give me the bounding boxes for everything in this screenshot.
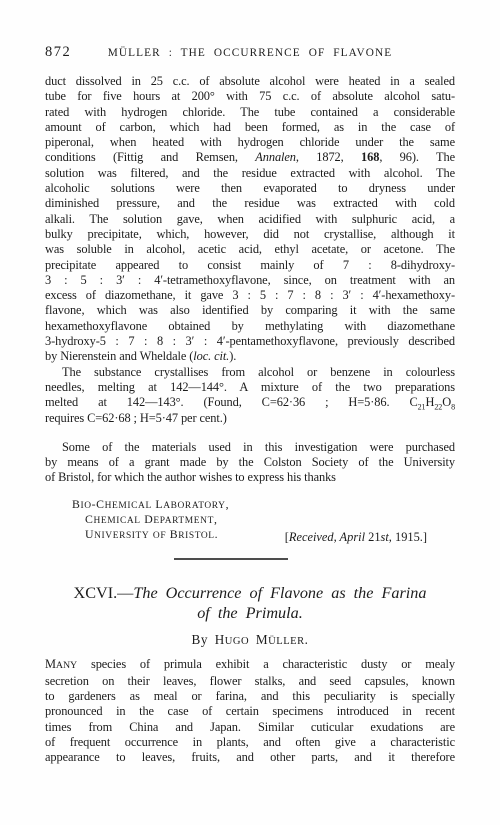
text-line: diminished pressure, and the residue was… bbox=[45, 196, 455, 211]
text-line: times from China and Japan. Similar cuti… bbox=[45, 720, 455, 735]
text-line: duct dissolved in 25 c.c. of absolute al… bbox=[45, 74, 455, 89]
received-note: [Received, April 21st, 1915.] bbox=[285, 531, 427, 544]
text-line: hexamethoxyflavone obtained by methylati… bbox=[45, 319, 455, 334]
text-line: pronounced in the case of certain specim… bbox=[45, 704, 455, 719]
signature-block: BIO-CHEMICAL LABORATORY, CHEMICAL DEPART… bbox=[45, 498, 455, 544]
running-title: MÜLLER : THE OCCURRENCE OF FLAVONE bbox=[45, 47, 455, 59]
text-line: by means of a grant made by the Colston … bbox=[45, 455, 455, 470]
paragraph-lines: MANY species of primula exhibit a charac… bbox=[45, 657, 455, 765]
paragraph-acknowledgement: Some of the materials used in this inves… bbox=[45, 440, 455, 486]
text-line: rated with hydrogen chloride. The tube c… bbox=[45, 105, 455, 120]
paragraph-lines: The substance crystallises from alcohol … bbox=[45, 365, 455, 411]
text-line: MANY species of primula exhibit a charac… bbox=[45, 657, 455, 673]
byline: By HUGO MÜLLER. bbox=[45, 632, 455, 648]
text-line: alcoholic solutions were then evaporated… bbox=[45, 181, 455, 196]
text-line: amount of carbon, which had been formed,… bbox=[45, 120, 455, 135]
text-line: tube for five hours at 200° with 75 c.c.… bbox=[45, 89, 455, 104]
text-column: 872 MÜLLER : THE OCCURRENCE OF FLAVONE d… bbox=[45, 44, 455, 765]
paragraph-lines: Some of the materials used in this inves… bbox=[45, 440, 455, 471]
signature-laboratory: BIO-CHEMICAL LABORATORY, bbox=[72, 498, 455, 513]
text-line: secretion on their leaves, flower stalks… bbox=[45, 674, 455, 689]
text-line: of Bristol, for which the author wishes … bbox=[45, 470, 455, 485]
text-line: 3-hydroxy-5 : 7 : 8 : 3′ : 4′-pentametho… bbox=[45, 334, 455, 349]
text-line: melted at 142—143°. (Found, C=62·36 ; H=… bbox=[45, 395, 455, 410]
text-line: requires C=62·68 ; H=5·47 per cent.) bbox=[45, 411, 455, 426]
text-line: 3 : 5 : 3′ : 4′-tetramethoxyflavone, sin… bbox=[45, 273, 455, 288]
article-title-line-2: of the Primula. bbox=[45, 604, 455, 624]
article-title-line-1: XCVI.—The Occurrence of Flavone as the F… bbox=[45, 584, 455, 604]
paragraph-continuation: duct dissolved in 25 c.c. of absolute al… bbox=[45, 74, 455, 365]
text-line: to gardeners as meal or farina, and this… bbox=[45, 689, 455, 704]
paragraph-intro: MANY species of primula exhibit a charac… bbox=[45, 657, 455, 765]
text-line: piperonal, when heated with hydrogen chl… bbox=[45, 135, 455, 150]
paragraph-melting-point: The substance crystallises from alcohol … bbox=[45, 365, 455, 426]
text-line: flavone, which was also identified by co… bbox=[45, 303, 455, 318]
section-divider bbox=[174, 558, 288, 560]
text-line: precipitate appeared to consist mainly o… bbox=[45, 258, 455, 273]
running-head: 872 MÜLLER : THE OCCURRENCE OF FLAVONE bbox=[45, 44, 455, 61]
text-line: excess of diazomethane, it gave 3 : 5 : … bbox=[45, 288, 455, 303]
signature-department: CHEMICAL DEPARTMENT, bbox=[85, 513, 455, 528]
text-line: of frequent occurrence in plants, and of… bbox=[45, 735, 455, 750]
text-line: Some of the materials used in this inves… bbox=[45, 440, 455, 455]
text-line: The substance crystallises from alcohol … bbox=[45, 365, 455, 380]
article-title: XCVI.—The Occurrence of Flavone as the F… bbox=[45, 584, 455, 623]
text-line: by Nierenstein and Wheldale (loc. cit.). bbox=[45, 349, 455, 364]
text-line: conditions (Fittig and Remsen, Annalen, … bbox=[45, 150, 455, 165]
text-line: alkali. The solution gave, when acidifie… bbox=[45, 212, 455, 227]
text-line: appearance to leaves, fruits, and other … bbox=[45, 750, 455, 765]
text-line: was soluble in alcohol, acetic acid, eth… bbox=[45, 242, 455, 257]
text-line: solution was filtered, and the residue e… bbox=[45, 166, 455, 181]
paragraph-lines: duct dissolved in 25 c.c. of absolute al… bbox=[45, 74, 455, 349]
text-line: needles, melting at 142—144°. A mixture … bbox=[45, 380, 455, 395]
text-line: bulky precipitate, which, however, did n… bbox=[45, 227, 455, 242]
scanned-journal-page: 872 MÜLLER : THE OCCURRENCE OF FLAVONE d… bbox=[0, 0, 500, 825]
